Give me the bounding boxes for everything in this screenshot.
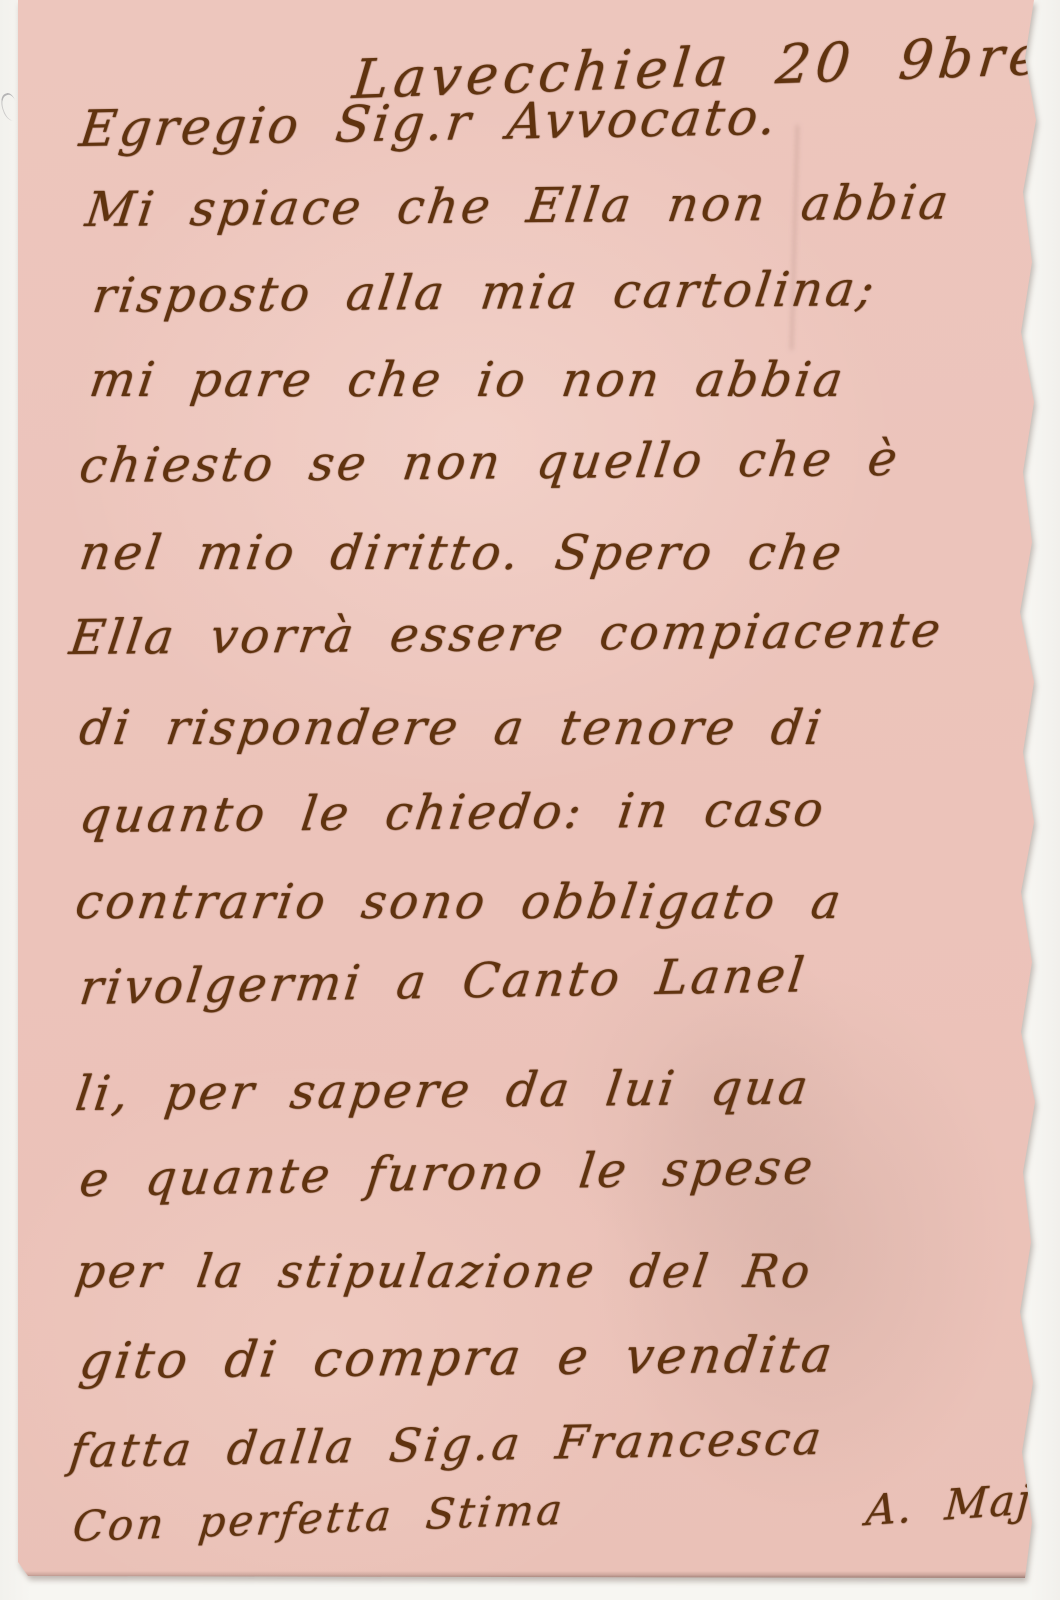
letter-line: li, per sapere da lui qua (72, 1060, 814, 1122)
pink-paper: Lavecchiela 20 9breEgregio Sig.r Avvocat… (18, 0, 1038, 1578)
paper-bottom-edge (18, 1571, 1038, 1578)
letter-salutation: Egregio Sig.r Avvocato. (76, 88, 782, 158)
letter-line: rivolgermi a Canto Lanel (77, 947, 810, 1016)
letter-line: e quante furono le spese (77, 1139, 819, 1208)
letter-line: risposto alla mia cartolina; (89, 261, 880, 324)
letter-line: chiesto se non quello che è (76, 431, 903, 494)
letter-card: Lavecchiela 20 9breEgregio Sig.r Avvocat… (18, 0, 1038, 1578)
letter-line: nel mio diritto. Spero che (76, 525, 848, 581)
letter-line: gito di compra e vendita (76, 1325, 838, 1390)
letter-line: mi pare che io non abbia (86, 352, 849, 408)
scan-background: Lavecchiela 20 9breEgregio Sig.r Avvocat… (0, 0, 1060, 1600)
letter-line: quanto le chiedo: in caso (76, 781, 829, 844)
letter-line: Ella vorrà essere compiacente (66, 602, 946, 666)
letter-line: Mi spiace che Ella non abbia (82, 174, 954, 238)
letter-closing: Con perfetta Stima (70, 1485, 567, 1551)
letter-signature: A. Majorelj (864, 1467, 1060, 1535)
letter-line: di rispondere a tenore di (76, 700, 827, 756)
letter-line: per la stipulazione del Ro (72, 1244, 816, 1298)
letter-line: fatta dalla Sig.a Francesca (67, 1411, 827, 1478)
letter-line: contrario sono obbligato a (72, 874, 847, 930)
